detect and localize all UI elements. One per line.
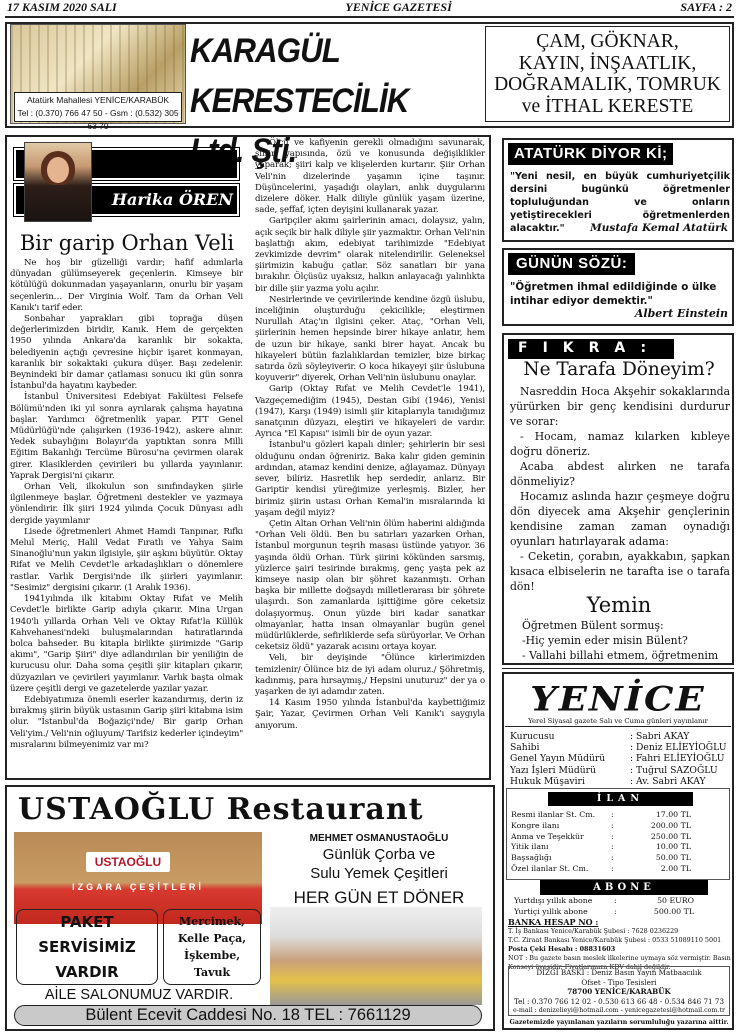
dishes-box: Mercimek, Kelle Paça, İşkembe, Tavuk (163, 909, 261, 985)
delivery-box: PAKET SERVİSİMİZ VARDIR (16, 909, 158, 985)
rate-row: Kongre ilanı:200.00 TL (511, 821, 731, 832)
ad-rates-table: Resmi ilanlar St. Cm.:17.00 TL Kongre il… (511, 810, 731, 875)
article-paragraph: Çetin Altan Orhan Veli'nin ölüm haberini… (255, 519, 485, 653)
delivery-line: PAKET (17, 910, 157, 935)
staff-name: : Deniz ELİEYİOĞLU (630, 742, 727, 753)
karagul-address: Atatürk Mahallesi YENİCE/KARABÜK (15, 94, 181, 107)
ataturk-title: ATATÜRK DİYOR Kİ; (508, 143, 673, 165)
rate-label: Özel ilanlar St. Cm. (511, 864, 611, 875)
yemin-line: Öğretmen Bülent sormuş: (522, 618, 732, 633)
product-line: DOĞRAMALIK, TOMRUK (486, 74, 729, 96)
staff-name: : Fahri ELİEYİOĞLU (630, 753, 724, 764)
joke-paragraph: Hocamız aslında hazır çeşmeye doğru dön … (510, 489, 730, 549)
rate-label: Kongre ilanı (511, 821, 611, 832)
issue-date: 17 KASIM 2020 SALI (7, 0, 117, 15)
subscription-row: Yurtdışı yıllık abone:50 EURO (514, 896, 734, 907)
rate-value: 2.00 TL (631, 864, 691, 875)
subscription-table: Yurtdışı yıllık abone:50 EURO Yurtiçi yı… (514, 896, 734, 918)
subscription-value: 500.00 TL (634, 907, 694, 918)
article-paragraph: Veli, bir deyişinde "Ölünce kirlerimizde… (255, 653, 485, 698)
menu-line: Sulu Yemek Çeşitleri (268, 864, 490, 883)
article-paragraph: Lisede öğretmenleri Ahmet Hamdi Tanpınar… (10, 527, 243, 594)
karagul-address-box: Atatürk Mahallesi YENİCE/KARABÜK Tel : (… (14, 92, 182, 122)
karagul-products-box: ÇAM, GÖKNAR, KAYIN, İNŞAATLIK, DOĞRAMALI… (485, 26, 730, 122)
staff-name: : Tuğrul SAZOĞLU (630, 765, 718, 776)
family-salon-note: AİLE SALONUMUZ VARDIR. (14, 986, 264, 1004)
quote-of-day-text: "Öğretmen ihmal edildiğinde o ülke intih… (510, 280, 730, 308)
article-paragraph: Ölçü ve kafiyenin gerekli olmadığını sav… (255, 138, 485, 216)
rate-value: 10.00 TL (631, 842, 691, 853)
karagul-company-name: KARAGÜL KERESTECİLİK Ltd. Şti. (190, 26, 457, 126)
yemin-line: -Hiç yemin eder misin Bülent? (522, 633, 732, 648)
menu-line: Günlük Çorba ve (268, 845, 490, 864)
article-paragraph: Sonbahar yaprakları gibi toprağa düşen d… (10, 314, 243, 392)
product-line: KAYIN, İNŞAATLIK, (486, 53, 729, 75)
rate-value: 250.00 TL (631, 832, 691, 843)
rate-value: 200.00 TL (631, 821, 691, 832)
restaurant-info: MEHMET OSMANUSTAOĞLU Günlük Çorba ve Sul… (268, 832, 490, 911)
article-paragraph: Nesirlerinde ve çevirilerinde kendine öz… (255, 295, 485, 385)
ataturk-author: Mustafa Kemal Atatürk (508, 222, 728, 234)
delivery-line: SERVİSİMİZ (17, 935, 157, 960)
bank-line: Posta Çeki Hesabı : 08831603 (508, 945, 734, 954)
dish-item: İşkembe, (164, 947, 260, 964)
rate-row: Resmi ilanlar St. Cm.:17.00 TL (511, 810, 731, 821)
article-paragraph: Garip (Oktay Rıfat ve Melih Cevdet'le 19… (255, 384, 485, 440)
article-column-1: Ne hoş bir güzelliği vardır; hafif adıml… (10, 258, 243, 751)
article-paragraph: İstanbul Üniversitesi Edebiyat Fakültesi… (10, 392, 243, 482)
rate-label: Resmi ilanlar St. Cm. (511, 810, 611, 821)
article-paragraph: 14 Kasım 1950 yılında İstanbul'da kaybet… (255, 698, 485, 732)
staff-name: : Sabri AKAY (630, 731, 689, 742)
rate-row: Yitik ilanı:10.00 TL (511, 842, 731, 853)
printing-phone: Tel : 0.370 766 12 02 - 0.530 613 66 48 … (509, 997, 729, 1007)
bank-title: BANKA HESAP NO : (508, 918, 734, 927)
rate-label: Anma ve Teşekkür (511, 832, 611, 843)
article-paragraph: Orhan Veli, ilkokulun son sınıfındayken … (10, 482, 243, 527)
printing-line: DİZGİ BASKI : Deniz Basın Yayın Matbaacı… (509, 968, 729, 978)
staff-role: Genel Yayın Müdürü (510, 753, 630, 764)
article-paragraph: İstanbul'u gözleri kapalı dinler; şehirl… (255, 440, 485, 518)
staff-role: Yazı İşleri Müdürü (510, 765, 630, 776)
yemin-heading: Yemin (505, 592, 733, 618)
restaurant-owner: MEHMET OSMANUSTAOĞLU (268, 832, 490, 845)
joke-paragraph: Nasreddin Hoca Akşehir sokaklarında yürü… (510, 384, 730, 429)
rate-row: Özel ilanlar St. Cm.:2.00 TL (511, 864, 731, 875)
karagul-phone: Tel : (0.370) 766 47 50 - Gsm : (0.532) … (15, 107, 181, 133)
yemin-line: - Vallahi billahi etmem, öğretmenim (522, 648, 732, 663)
subscription-label: Yurtiçi yıllık abone (514, 907, 614, 918)
restaurant-name: USTAOĞLU Restaurant (12, 790, 490, 830)
newspaper-logo: YENİCE (505, 680, 731, 718)
staff-role: Kurucusu (510, 731, 630, 742)
divider (502, 668, 734, 669)
rate-row: Anma ve Teşekkür:250.00 TL (511, 832, 731, 843)
yemin-body: Öğretmen Bülent sormuş: -Hiç yemin eder … (522, 618, 732, 663)
joke-body: Nasreddin Hoca Akşehir sokaklarında yürü… (510, 384, 730, 594)
newspaper-subtitle: Yerel Siyasal gazete Salı ve Cuma günler… (505, 717, 731, 727)
staff-role: Hukuk Müşaviri (510, 776, 630, 787)
delivery-line: VARDIR (17, 960, 157, 985)
restaurant-menu: Günlük Çorba ve Sulu Yemek Çeşitleri (268, 845, 490, 883)
page-number: SAYFA : 2 (680, 0, 732, 15)
printing-email: e-mail : denizelieyi@hotmail.com - yenic… (509, 1006, 729, 1016)
article-title: Bir garip Orhan Veli (8, 230, 246, 256)
storefront-strip: IZGARA ÇEŞİTLERİ (24, 882, 252, 896)
printing-info-box: DİZGİ BASKI : Deniz Basın Yayın Matbaacı… (508, 966, 730, 1016)
rate-row: Başsağlığı:50.00 TL (511, 853, 731, 864)
bank-line: T. İş Bankası Yenice/Karabük Şubesi : 76… (508, 927, 734, 936)
subscription-label: Yurtdışı yıllık abone (514, 896, 614, 907)
subscription-row: Yurtiçi yıllık abone:500.00 TL (514, 907, 734, 918)
joke-heading: Ne Tarafa Döneyim? (505, 358, 733, 382)
rate-label: Yitik ilanı (511, 842, 611, 853)
restaurant-address: Bülent Ecevit Caddesi No. 18 TEL : 76611… (14, 1005, 482, 1026)
page-header: 17 KASIM 2020 SALI YENİCE GAZETESİ SAYFA… (5, 2, 734, 18)
joke-paragraph: - Hocam, namaz kılarken kıbleye doğru dö… (510, 429, 730, 459)
article-column-2: Ölçü ve kafiyenin gerekli olmadığını sav… (255, 138, 485, 732)
company-name-line1: KARAGÜL (190, 26, 457, 76)
ad-rates-title: İLAN TARİFESİ (548, 792, 693, 806)
printing-line: 78700 YENİCE/KARABÜK (509, 987, 729, 997)
staff-row: Yazı İşleri Müdürü: Tuğrul SAZOĞLU (510, 765, 732, 776)
rate-label: Başsağlığı (511, 853, 611, 864)
dish-item: Tavuk (164, 964, 260, 981)
article-paragraph: Ne hoş bir güzelliği vardır; hafif adıml… (10, 258, 243, 314)
paper-name: YENİCE GAZETESİ (345, 0, 451, 15)
rate-value: 17.00 TL (631, 810, 691, 821)
staff-row: Hukuk Müşaviri: Av. Sabri AKAY (510, 776, 732, 787)
joke-paragraph: - Ceketin, çorabın, ayakkabın, şapkan kı… (510, 549, 730, 594)
staff-list: Kurucusu: Sabri AKAY Sahibi: Deniz ELİEY… (510, 731, 732, 787)
staff-row: Sahibi: Deniz ELİEYİOĞLU (510, 742, 732, 753)
storefront-sign: USTAOĞLU (86, 852, 170, 872)
product-line: ÇAM, GÖKNAR, (486, 31, 729, 53)
staff-row: Kurucusu: Sabri AKAY (510, 731, 732, 742)
quote-of-day-title: GÜNÜN SÖZÜ: (508, 253, 635, 275)
responsibility-note: Gazetemizde yayınlanan yazıların sorumlu… (506, 1019, 732, 1026)
bank-accounts: BANKA HESAP NO : T. İş Bankası Yenice/Ka… (508, 918, 734, 972)
restaurant-kitchen-photo (270, 907, 482, 1005)
author-name: Harika ÖREN (112, 190, 233, 209)
staff-name: : Av. Sabri AKAY (630, 776, 706, 787)
product-line: ve İTHAL KERESTE (486, 96, 729, 118)
bank-line: T.C. Ziraat Bankası Yenice/Karabük Şubes… (508, 936, 734, 945)
subscription-value: 50 EURO (634, 896, 694, 907)
printing-line: Ofset - Tipo Tesisleri (509, 978, 729, 988)
author-photo (24, 142, 92, 222)
staff-role: Sahibi (510, 742, 630, 753)
staff-row: Genel Yayın Müdürü: Fahri ELİEYİOĞLU (510, 753, 732, 764)
joke-title: FIKRA: (508, 339, 674, 359)
quote-of-day-author: Albert Einstein (508, 307, 728, 320)
dish-item: Kelle Paça, (164, 930, 260, 947)
article-paragraph: 1941yılında ilk kitabını Oktay Rıfat ve … (10, 594, 243, 695)
joke-paragraph: Acaba abdest alırken ne tarafa dönmeliyi… (510, 459, 730, 489)
article-paragraph: Garipçiler akımı şairlerinin amacı, dola… (255, 216, 485, 294)
article-paragraph: Edebiyatımıza önemli eserler kazandırmış… (10, 695, 243, 751)
subscription-title: ABONE KOŞULLARI (540, 880, 708, 895)
rate-value: 50.00 TL (631, 853, 691, 864)
dish-item: Mercimek, (164, 913, 260, 930)
